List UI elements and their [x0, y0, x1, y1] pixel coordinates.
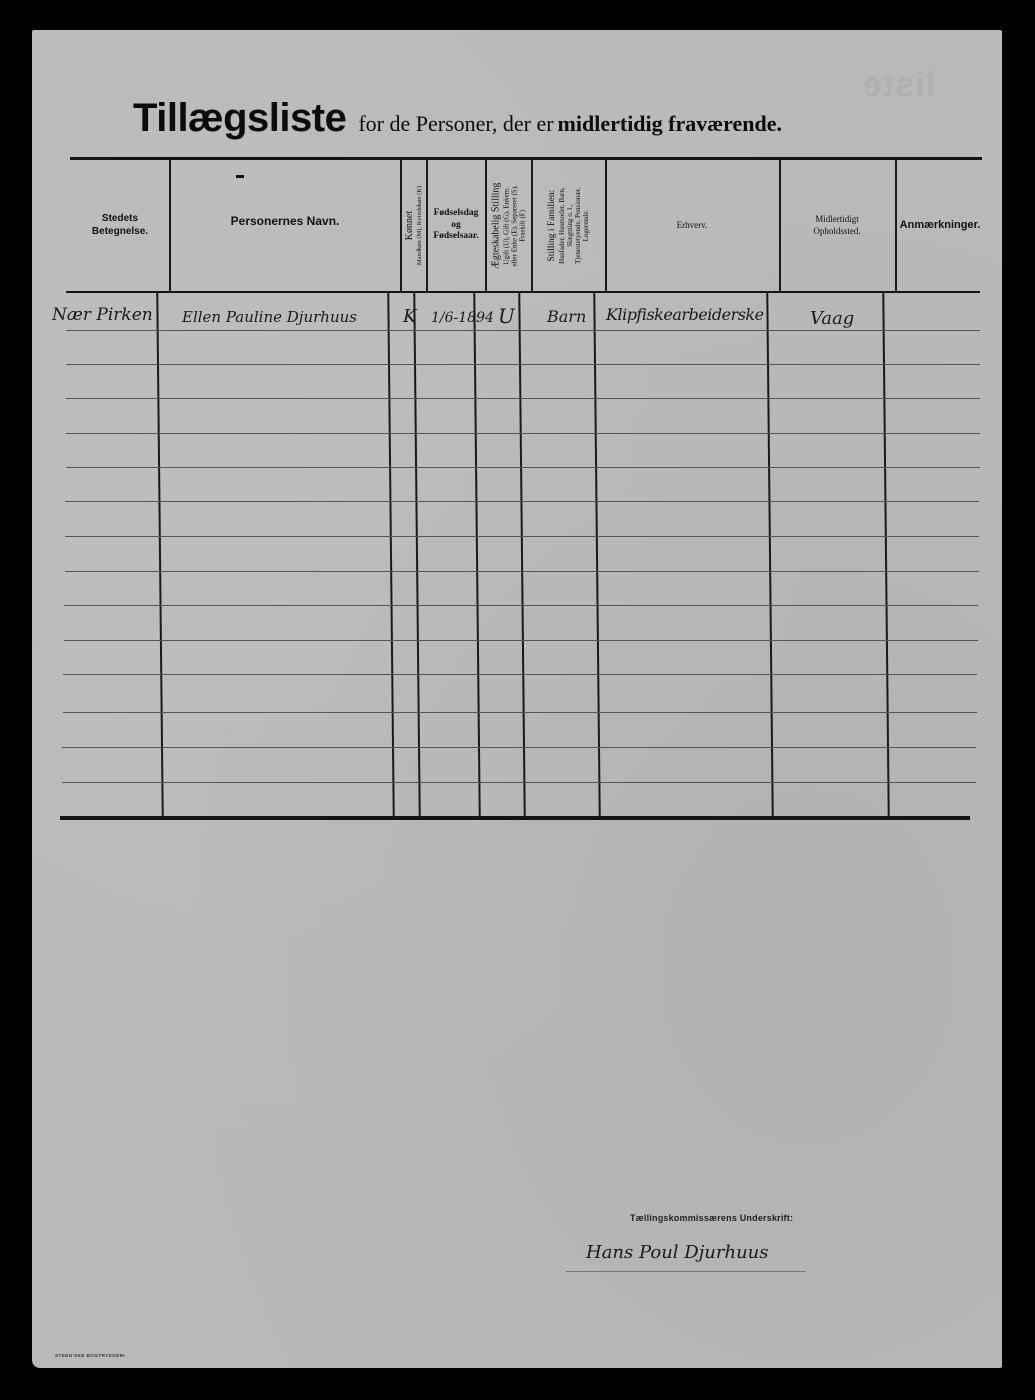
cell-fodsel: 1/6-1894	[431, 310, 494, 326]
row-rule	[64, 640, 978, 641]
cell-stedets-betegnelse: Nær Pirken	[52, 305, 153, 325]
header-personernes-navn: Personernes Navn.	[171, 160, 399, 282]
row-rule	[62, 747, 976, 748]
cell-opholdssted: Vaag	[810, 308, 854, 329]
row-rule	[66, 398, 980, 399]
header-label: Betegnelse.	[92, 226, 148, 239]
header-label: eller Enke (E), Separeret (S),	[510, 182, 518, 268]
cell-navn: Ellen Pauline Djurhuus	[182, 308, 357, 326]
header-label: Personernes Navn.	[231, 214, 340, 229]
header-label: Fraskilt (F)	[518, 182, 526, 268]
header-label: Ægteskabelig Stilling	[491, 182, 503, 268]
row-rule	[63, 674, 977, 675]
header-label: Opholdssted.	[813, 226, 860, 237]
header-erhverv: Erhverv.	[606, 160, 778, 291]
row-rule	[66, 364, 980, 365]
row-rule	[66, 433, 980, 434]
header-label: Fødselsdag	[433, 208, 478, 220]
header-label: Stilling i Familien:	[547, 187, 558, 264]
row-rule	[65, 501, 979, 502]
header-label: og	[433, 220, 478, 232]
row-rule	[65, 536, 979, 537]
title-emphasis: midlertidig fraværende.	[558, 111, 782, 136]
printer-mark: STEEN'SKE BOGTRYKKERI	[55, 1353, 125, 1358]
signature: Hans Poul Djurhuus	[586, 1242, 769, 1263]
cell-aegteskabelig: U	[498, 304, 515, 328]
row-rule	[63, 712, 977, 713]
header-label: Kønnet	[404, 186, 416, 265]
header-aegteskabelig-stilling: Ægteskabelig StillingUgift (U), Gift (G)…	[486, 160, 531, 291]
header-opholdssted: MidlertidigtOpholdssted.	[780, 160, 894, 291]
header-label: Midlertidigt	[813, 214, 860, 225]
header-fodselsdag: FødselsdagogFødselsaar.	[427, 160, 485, 291]
header-label: Ugift (U), Gift (G), Enkem.	[502, 182, 510, 268]
header-label: Stedets	[92, 213, 148, 226]
title-main: Tillægsliste	[133, 96, 346, 140]
form-title: Tillægsliste for de Personer, der er mid…	[133, 96, 782, 141]
bleed-through-text: liste	[862, 66, 935, 105]
header-stedets-betegnelse: StedetsBetegnelse.	[72, 160, 168, 291]
row-rule	[66, 467, 980, 468]
header-anmaerkninger: Anmærkninger.	[896, 160, 984, 291]
header-label: Tjenestetyende, Pensionær,	[574, 187, 582, 264]
header-label: Mandkøn (M), Kvindekøn (K)	[416, 186, 423, 265]
row-rule	[64, 605, 978, 606]
header-stilling-i-familien: Stilling i Familien:Husfader, Husmoder, …	[532, 160, 605, 291]
signature-line	[566, 1271, 806, 1272]
cell-kjonnet: K	[403, 306, 416, 327]
header-bottom-rule	[66, 291, 980, 293]
header-kjonnet: KønnetMandkøn (M), Kvindekøn (K)	[401, 160, 426, 291]
row-rule	[62, 782, 976, 783]
signature-label: Tællingskommissærens Underskrift:	[630, 1213, 793, 1223]
header-label: Logerende.	[582, 187, 590, 264]
cell-stilling-familien: Barn	[547, 307, 586, 326]
header-label: Fødselsaar.	[433, 231, 478, 243]
cell-erhverv: Klipfiskearbeiderske	[606, 305, 764, 324]
row-rule	[65, 571, 979, 572]
row-rule	[66, 330, 980, 331]
table-bottom-rule	[60, 816, 970, 820]
title-rest: for de Personer, der er	[358, 111, 553, 136]
header-label: Erhverv.	[677, 220, 708, 231]
header-label: Slægtning o. l.,	[566, 187, 574, 264]
header-label: Husfader, Husmoder, Barn,	[558, 187, 566, 264]
header-label: Anmærkninger.	[900, 219, 981, 233]
